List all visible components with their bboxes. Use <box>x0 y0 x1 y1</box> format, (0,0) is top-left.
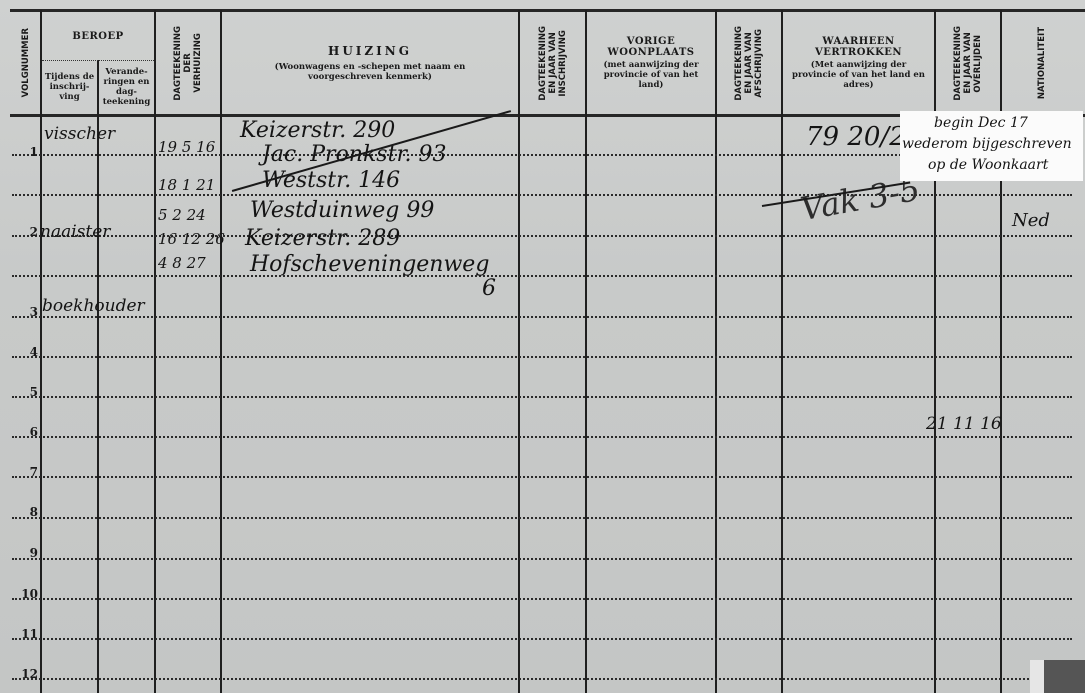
row-number: 10 <box>14 587 38 601</box>
header-huizing: HUIZING (Woonwagens en -schepen met naam… <box>222 12 518 114</box>
header-nationaliteit: NATIONALITEIT <box>1002 14 1082 112</box>
row-number: 5 <box>14 385 38 399</box>
handwritten-address: 6 <box>482 276 496 301</box>
row-number: 1 <box>14 145 38 159</box>
note-line: op de Woonkaart <box>928 157 1048 173</box>
header-dagteekening-verhuizing: DAGTEEKENING DER VERHUIZING <box>156 14 220 112</box>
beroep-sub-divider <box>42 60 154 61</box>
header-beroep: BEROEP <box>42 12 154 60</box>
column-divider <box>518 10 520 693</box>
row-line <box>12 275 1072 277</box>
header-inschrijving: DAGTEEKENING EN JAAR VAN INSCHRIJVING <box>520 14 585 112</box>
header-beroep-tijdens: Tijdens de inschrij-ving <box>42 62 97 112</box>
column-divider <box>40 10 42 693</box>
row-number: 2 <box>14 225 38 239</box>
row-line <box>12 558 1072 560</box>
header-beroep-veranderingen: Verande-ringen en dag-teekening <box>99 62 154 112</box>
row-line <box>12 638 1072 640</box>
row-line <box>12 356 1072 358</box>
row-line <box>12 598 1072 600</box>
handwritten-address: Hofscheveningenweg <box>250 252 489 277</box>
header-afschrijving: DAGTEEKENING EN JAAR VAN AFSCHRIJVING <box>717 14 781 112</box>
row-line <box>12 476 1072 478</box>
register-card: VOLGNUMMER BEROEP Tijdens de inschrij-vi… <box>0 0 1085 693</box>
row-number: 7 <box>14 465 38 479</box>
column-divider <box>715 10 717 693</box>
handwritten-date: 18 1 21 <box>158 176 215 194</box>
handwritten-address: Keizerstr. 289 <box>245 226 400 251</box>
row-line <box>12 396 1072 398</box>
row-number: 11 <box>14 627 38 641</box>
handwritten-beroep-1: visscher <box>44 124 115 144</box>
scan-corner-artifact <box>1030 660 1085 693</box>
handwritten-date: 4 8 27 <box>158 254 206 272</box>
handwritten-beroep-3: boekhouder <box>42 296 145 316</box>
row-line <box>12 316 1072 318</box>
row-number: 9 <box>14 546 38 560</box>
column-divider <box>154 10 156 693</box>
handwritten-date: 19 5 16 <box>158 138 215 156</box>
note-line: begin Dec 17 <box>934 115 1028 131</box>
handwritten-date: 5 2 24 <box>158 206 206 224</box>
row-number: 6 <box>14 425 38 439</box>
row-number: 4 <box>14 345 38 359</box>
handwritten-nationaliteit: Ned <box>1012 210 1050 231</box>
row-line <box>12 678 1072 680</box>
header-waarheen-vertrokken: WAARHEEN VERTROKKEN (Met aanwijzing der … <box>783 12 934 114</box>
handwritten-beroep-2: naaister <box>40 222 110 242</box>
row-number: 3 <box>14 305 38 319</box>
handwritten-date: 16 12 26 <box>158 230 225 248</box>
handwritten-address: Westduinweg 99 <box>250 198 434 223</box>
header-volgnummer: VOLGNUMMER <box>12 14 40 112</box>
handwritten-address: Keizerstr. 290 <box>240 118 395 143</box>
handwritten-address: Weststr. 146 <box>262 168 400 193</box>
row-number: 12 <box>14 667 38 681</box>
row-line <box>12 436 1072 438</box>
header-vorige-woonplaats: VORIGE WOONPLAATS (met aanwijzing der pr… <box>587 12 715 114</box>
row-number: 8 <box>14 505 38 519</box>
header-overlijden: DAGTEEKENING EN JAAR VAN OVERLIJDEN <box>936 14 1000 112</box>
handwritten-overlijden: 21 11 16 <box>926 414 1002 434</box>
note-line: wederom bijgeschreven <box>902 136 1072 152</box>
row-line <box>12 517 1072 519</box>
pasted-note: begin Dec 17 wederom bijgeschreven op de… <box>900 111 1083 181</box>
